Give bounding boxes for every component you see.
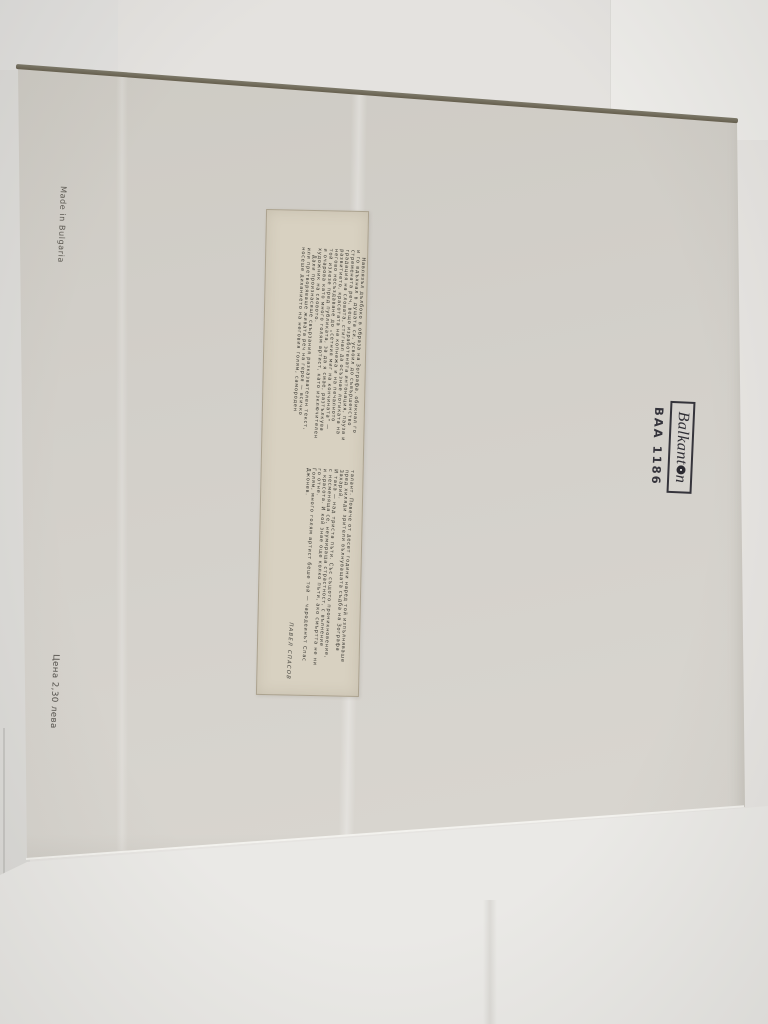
liner-notes-panel: Навлязъл дълбоко в образа на Зографа, об… — [256, 209, 369, 697]
background-paper-sheet — [0, 0, 119, 74]
balkanton-logo-text-left: Balkant — [673, 411, 692, 465]
liner-notes-text: Навлязъл дълбоко в образа на Зографа, об… — [250, 211, 375, 696]
balkanton-logo: Balkantn — [667, 401, 696, 494]
sleeve-crease — [116, 60, 128, 870]
record-disc-icon — [676, 465, 685, 474]
liner-notes-column-2: талант. Повече от десет години наред той… — [277, 467, 354, 685]
balkanton-logo-text-right: n — [672, 474, 689, 483]
photo-background: Made in Bulgaria Цена 2,30 лева Balkantn… — [0, 0, 768, 1024]
paper-crease — [483, 900, 497, 1024]
liner-notes-column-1: Навлязъл дълбоко в образа на Зографа, об… — [289, 247, 366, 465]
